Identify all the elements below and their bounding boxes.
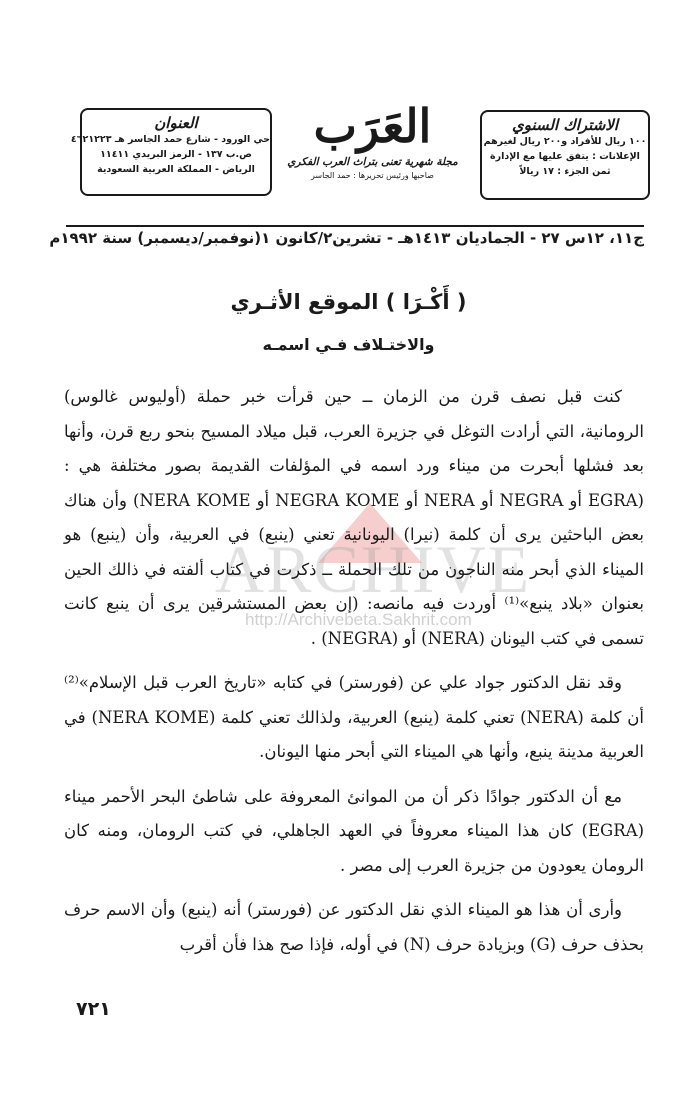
article-body: كنت قبل نصف قرن من الزمان ــ حين قرأت خب… <box>64 380 644 972</box>
subscription-line: ثمن الجزء : ١٧ ريالاً <box>482 164 648 179</box>
address-box: العنوان حي الورود - شارع حمد الجاسر هـ ٤… <box>80 108 272 196</box>
paragraph: كنت قبل نصف قرن من الزمان ــ حين قرأت خب… <box>64 380 644 656</box>
editor-credit: صاحبها ورئيس تحريرها : حمد الجاسر <box>280 171 465 180</box>
address-line: حي الورود - شارع حمد الجاسر هـ ٤٦٢١٢٢٣ <box>82 132 270 147</box>
address-line: الرياض - المملكة العربية السعودية <box>82 162 270 177</box>
page-number: ٧٢١ <box>76 998 111 1020</box>
paragraph: مع أن الدكتور جوادًا ذكر أن من الموانئ ا… <box>64 780 644 884</box>
subscription-title: الاشتراك السنوي <box>482 116 648 134</box>
masthead: العَرَب مجلة شهرية تعنى بتراث العرب الفك… <box>280 98 465 180</box>
address-line: ص.ب ١٣٧ - الرمز البريدي ١١٤١١ <box>82 147 270 162</box>
header-divider <box>66 225 644 227</box>
magazine-logo: العَرَب <box>280 98 465 154</box>
issue-line: ج١١، ١٢س ٢٧ - الجماديان ١٤١٣هـ - تشرين٢/… <box>66 229 644 247</box>
article-subtitle: والاختـلاف فـي اسمـه <box>0 335 697 354</box>
subscription-box: الاشتراك السنوي ١٠٠ ريال للأفراد و٢٠٠ ري… <box>480 110 650 200</box>
article-title: ( أَكْـرَا ) الموقع الأثـري <box>0 290 697 314</box>
subscription-line: الإعلانات : يتفق عليها مع الإدارة <box>482 149 648 164</box>
paragraph: وأرى أن هذا هو الميناء الذي نقل الدكتور … <box>64 893 644 962</box>
subscription-line: ١٠٠ ريال للأفراد و٢٠٠ ريال لغيرهم <box>482 134 648 149</box>
magazine-tagline: مجلة شهرية تعنى بتراث العرب الفكري <box>280 156 465 168</box>
paragraph: وقد نقل الدكتور جواد علي عن (فورستر) في … <box>64 666 644 770</box>
document-page: الاشتراك السنوي ١٠٠ ريال للأفراد و٢٠٠ ري… <box>0 0 697 1120</box>
address-title: العنوان <box>82 114 270 132</box>
